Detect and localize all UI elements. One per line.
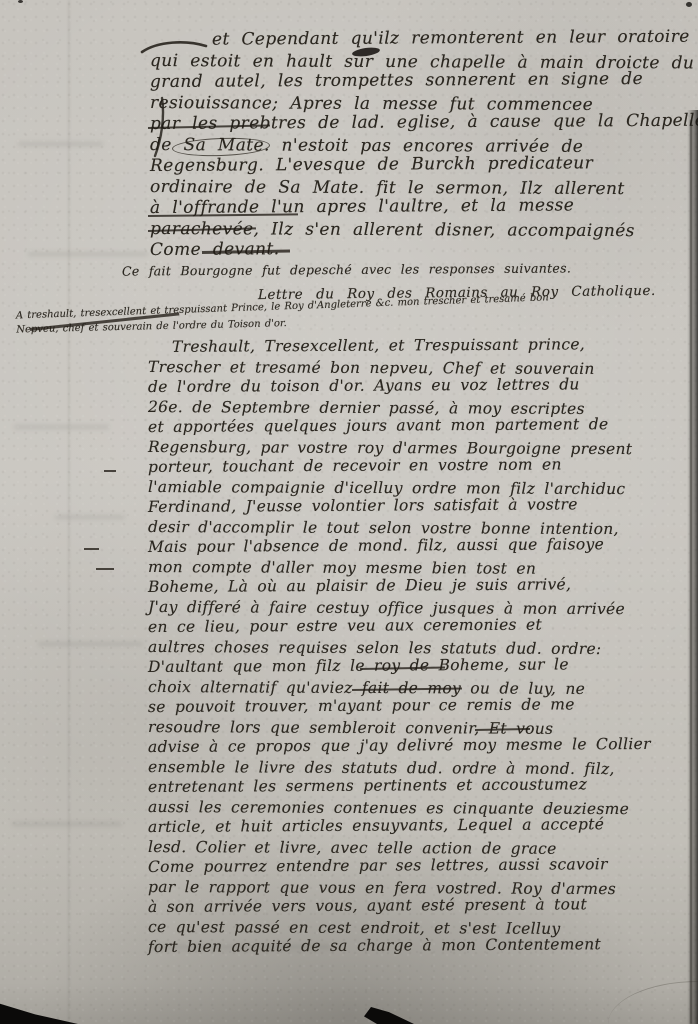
manuscript-line: entretenant les sermens pertinents et ac…	[148, 775, 651, 798]
dispatch-note: Ce fait Bourgogne fut depesché avec les …	[122, 260, 571, 278]
manuscript-line: Boheme, Là où au plaisir de Dieu je suis…	[148, 575, 651, 598]
manuscript-line: advise à ce propos que j'ay delivré moy …	[148, 735, 651, 758]
bleedthrough-smudge	[14, 425, 109, 429]
manuscript-page: et Cependant qu'ilz remonterent en leur …	[0, 0, 698, 1024]
manuscript-line: Mais pour l'absence de mond. filz, aussi…	[148, 535, 651, 558]
manuscript-line: Treshault, Tresexcellent, et Trespuissan…	[148, 335, 651, 358]
bleedthrough-smudge	[28, 252, 148, 256]
bleedthrough-smudge	[55, 515, 125, 519]
letter-body: Treshault, Tresexcellent, et Trespuissan…	[148, 338, 651, 958]
manuscript-line: porteur, touchant de recevoir en vostre …	[148, 455, 651, 478]
manuscript-line: fort bien acquité de sa charge à mon Con…	[148, 935, 651, 958]
right-edge-shadow	[687, 110, 698, 1024]
manuscript-line: article, et huit articles ensuyvants, Le…	[148, 815, 651, 838]
edge-speck	[18, 0, 23, 3]
margin-dash-mark	[84, 548, 99, 550]
manuscript-line: en ce lieu, pour estre veu aux ceremonie…	[148, 615, 651, 638]
manuscript-line: par les prebtres de lad. eglise, à cause…	[150, 111, 698, 135]
manuscript-line: à son arrivée vers vous, ayant esté pres…	[148, 895, 651, 918]
edge-speck	[686, 2, 692, 7]
bleedthrough-smudge	[12, 822, 122, 826]
bleedthrough-smudge	[38, 642, 143, 646]
manuscript-line: Come devant.	[150, 237, 698, 261]
manuscript-line: Ferdinand, J'eusse volontier lors satisf…	[148, 495, 651, 518]
manuscript-line: Regensburg. L'evesque de Burckh predicat…	[150, 153, 698, 177]
opening-swash-flourish	[140, 38, 210, 56]
vertical-crease	[68, 0, 70, 1024]
manuscript-line: et apportées quelques jours avant mon pa…	[148, 415, 651, 438]
margin-dash-mark	[104, 470, 116, 472]
manuscript-line: de l'ordre du toison d'or. Ayans eu voz …	[148, 375, 651, 398]
margin-dash-mark	[96, 568, 114, 570]
manuscript-line: se pouvoit trouver, m'ayant pour ce remi…	[148, 695, 651, 718]
manuscript-line: et Cependant qu'ilz remonterent en leur …	[150, 27, 698, 51]
bleedthrough-smudge	[18, 142, 103, 146]
right-edge-line	[690, 120, 692, 1024]
manuscript-line: Come pourrez entendre par ses lettres, a…	[148, 855, 651, 878]
manuscript-line: grand autel, les trompettes sonnerent en…	[150, 69, 698, 93]
